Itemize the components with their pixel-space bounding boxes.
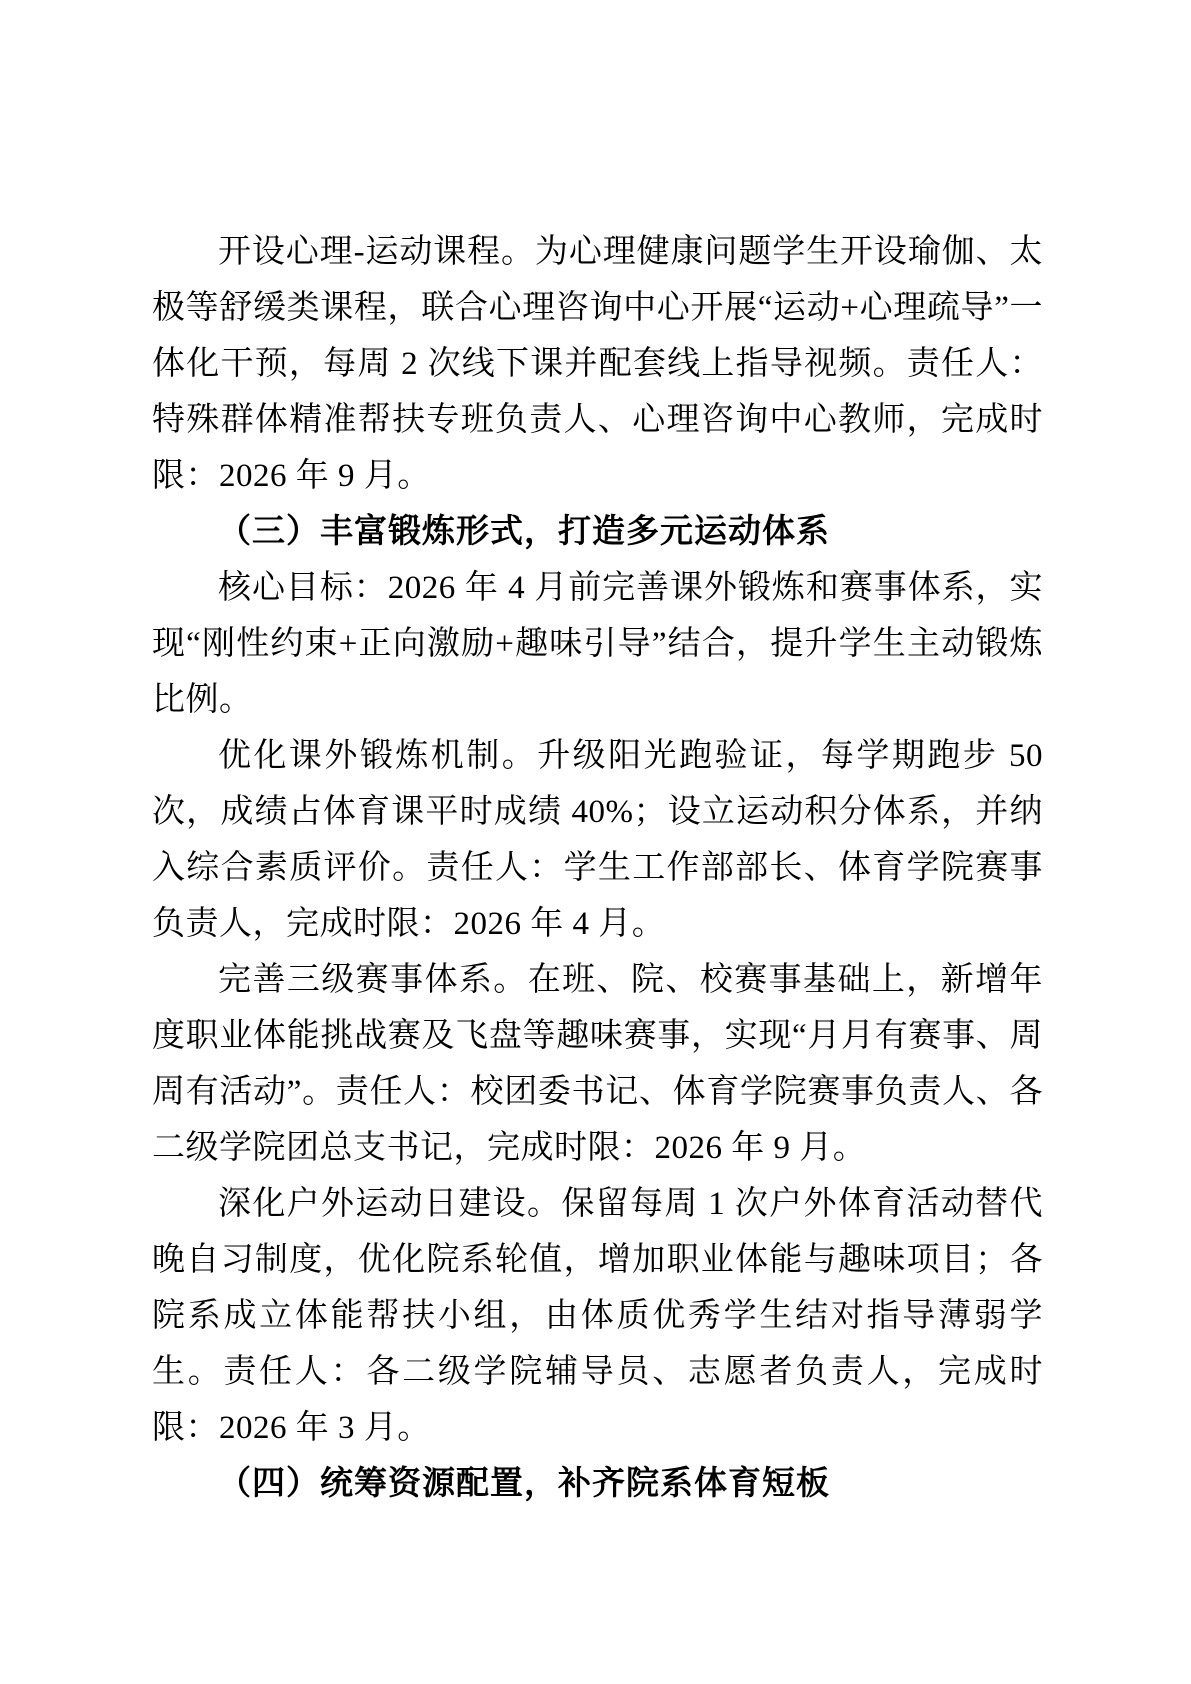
paragraph-outdoor-sports-day: 深化户外运动日建设。保留每周 1 次户外体育活动替代晚自习制度，优化院系轮值，增… xyxy=(152,1176,1043,1456)
section-heading-3: （三）丰富锻炼形式，打造多元运动体系 xyxy=(152,504,1043,560)
section-heading-4: （四）统筹资源配置，补齐院系体育短板 xyxy=(152,1456,1043,1512)
paragraph-competition-system: 完善三级赛事体系。在班、院、校赛事基础上，新增年度职业体能挑战赛及飞盘等趣味赛事… xyxy=(152,952,1043,1176)
paragraph-psych-sport-course: 开设心理-运动课程。为心理健康问题学生开设瑜伽、太极等舒缓类课程，联合心理咨询中… xyxy=(152,224,1043,504)
paragraph-exercise-mechanism: 优化课外锻炼机制。升级阳光跑验证，每学期跑步 50 次，成绩占体育课平时成绩 4… xyxy=(152,728,1043,952)
document-page: 开设心理-运动课程。为心理健康问题学生开设瑜伽、太极等舒缓类课程，联合心理咨询中… xyxy=(0,0,1191,1684)
paragraph-core-goal: 核心目标：2026 年 4 月前完善课外锻炼和赛事体系，实现“刚性约束+正向激励… xyxy=(152,560,1043,728)
